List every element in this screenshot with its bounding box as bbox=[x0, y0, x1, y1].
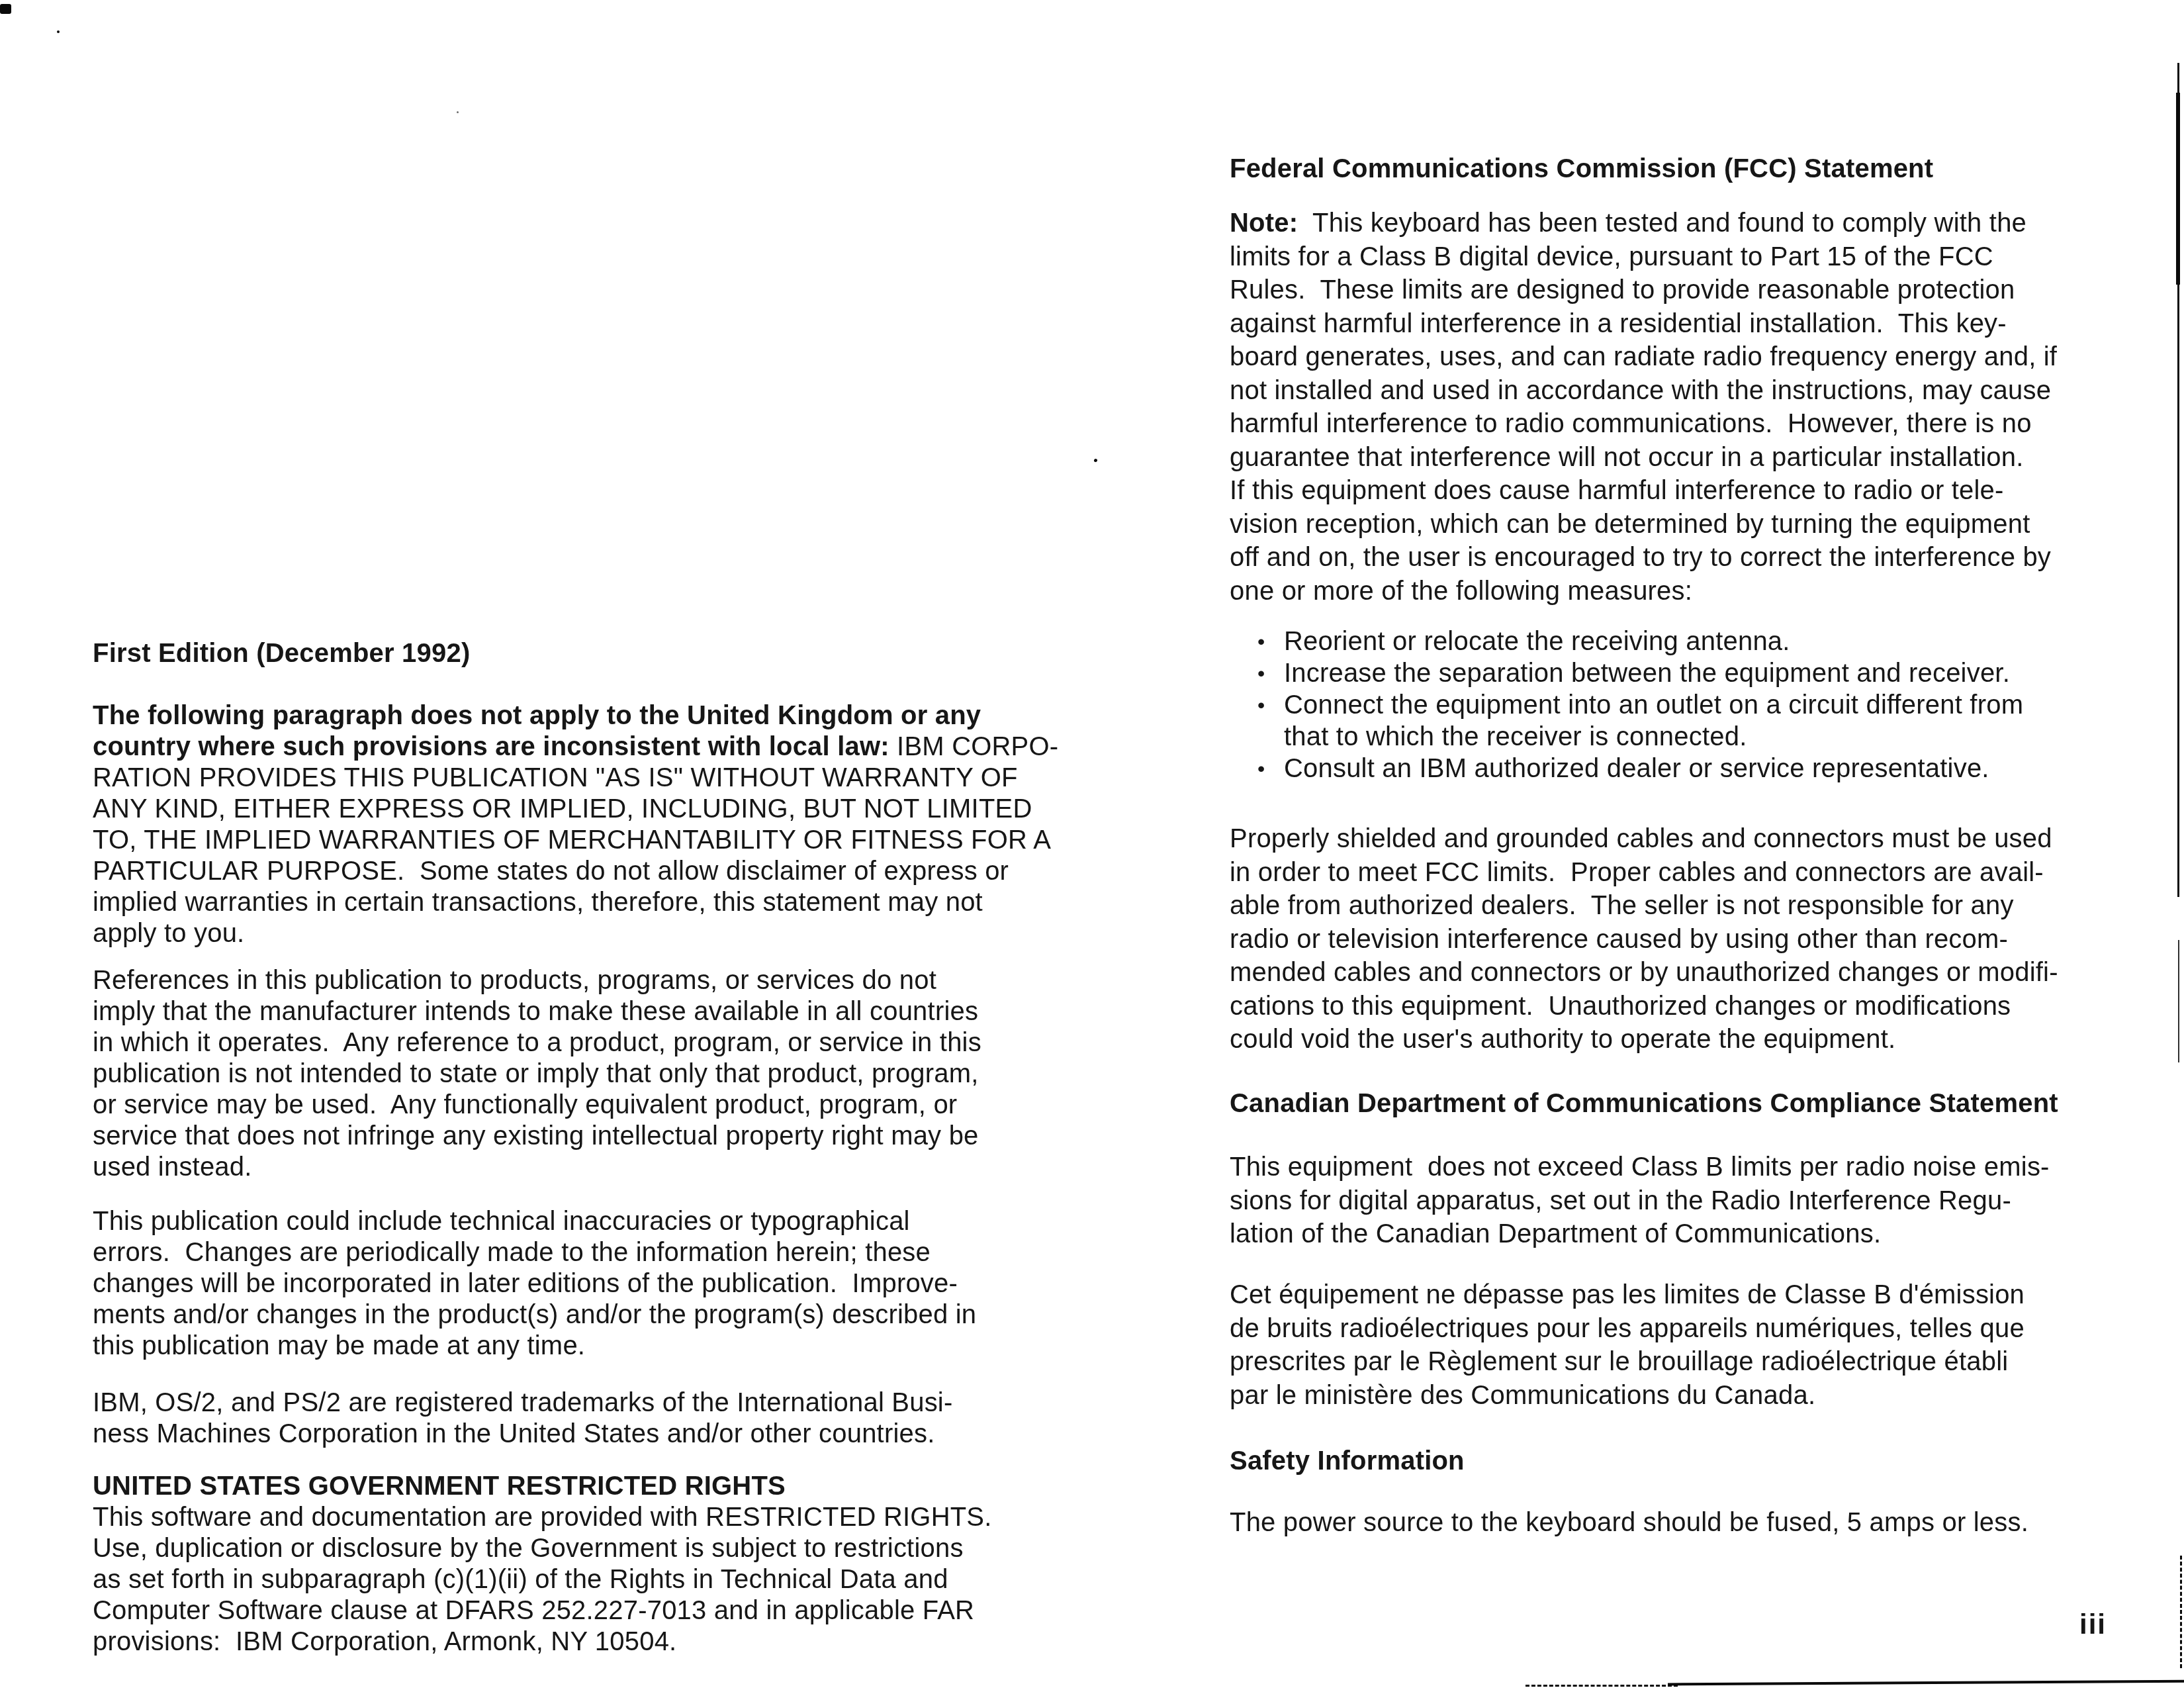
scan-artifact-speck bbox=[457, 111, 459, 113]
inaccuracies-paragraph: This publication could include technical… bbox=[93, 1206, 976, 1362]
canadian-compliance-paragraph: This equipment does not exceed Class B l… bbox=[1230, 1150, 2050, 1251]
bullet-icon: • bbox=[1257, 657, 1284, 689]
bullet-text: Connect the equipment into an outlet on … bbox=[1284, 689, 2023, 753]
fcc-note-paragraph: Note: This keyboard has been tested and … bbox=[1230, 207, 2057, 608]
bullet-text: Consult an IBM authorized dealer or serv… bbox=[1284, 753, 1989, 784]
canadian-compliance-paragraph-french: Cet équipement ne dépasse pas les limite… bbox=[1230, 1278, 2025, 1412]
scan-artifact-right-edge-dashes bbox=[2180, 1556, 2182, 1668]
scan-artifact-speck bbox=[1093, 458, 1097, 462]
fcc-statement-heading: Federal Communications Commission (FCC) … bbox=[1230, 153, 1933, 185]
bullet-item-consult-dealer: • Consult an IBM authorized dealer or se… bbox=[1230, 753, 2023, 784]
bullet-item-reorient-antenna: • Reorient or relocate the receiving ant… bbox=[1230, 626, 2023, 657]
bullet-icon: • bbox=[1257, 753, 1284, 784]
trademarks-paragraph: IBM, OS/2, and PS/2 are registered trade… bbox=[93, 1387, 952, 1450]
canadian-compliance-heading: Canadian Department of Communications Co… bbox=[1230, 1088, 2058, 1119]
us-restricted-rights-heading: UNITED STATES GOVERNMENT RESTRICTED RIGH… bbox=[93, 1470, 786, 1502]
bullet-item-increase-separation: • Increase the separation between the eq… bbox=[1230, 657, 2023, 689]
fcc-measures-bullet-list: • Reorient or relocate the receiving ant… bbox=[1230, 626, 2023, 784]
right-column: Federal Communications Commission (FCC) … bbox=[1230, 0, 2183, 1688]
scanned-manual-page: First Edition (December 1992) The follow… bbox=[0, 0, 2184, 1688]
legal-disclaimer-body: IBM CORPO- RATION PROVIDES THIS PUBLICAT… bbox=[93, 732, 1058, 948]
scan-artifact-corner-blob bbox=[0, 4, 11, 14]
bullet-icon: • bbox=[1257, 626, 1284, 657]
shielded-cables-paragraph: Properly shielded and grounded cables an… bbox=[1230, 822, 2058, 1056]
fcc-note-body: This keyboard has been tested and found … bbox=[1230, 209, 2057, 606]
bullet-item-connect-outlet: • Connect the equipment into an outlet o… bbox=[1230, 689, 2023, 753]
fcc-note-label: Note: bbox=[1230, 209, 1298, 238]
scan-artifact-bottom-line-dashed bbox=[1525, 1685, 1678, 1687]
scan-artifact-right-edge-line bbox=[2178, 940, 2179, 1062]
left-column: First Edition (December 1992) The follow… bbox=[93, 0, 1046, 1688]
bullet-text: Increase the separation between the equi… bbox=[1284, 657, 2010, 689]
scan-artifact-right-edge-line bbox=[2176, 93, 2180, 285]
safety-information-paragraph: The power source to the keyboard should … bbox=[1230, 1506, 2028, 1540]
bullet-text: Reorient or relocate the receiving anten… bbox=[1284, 626, 1790, 657]
page-number: iii bbox=[2079, 1609, 2107, 1640]
legal-disclaimer-paragraph: The following paragraph does not apply t… bbox=[93, 700, 1058, 949]
references-paragraph: References in this publication to produc… bbox=[93, 965, 981, 1183]
us-restricted-rights-paragraph: This software and documentation are prov… bbox=[93, 1502, 992, 1658]
bullet-icon: • bbox=[1257, 689, 1284, 721]
scan-artifact-speck bbox=[57, 30, 60, 33]
safety-information-heading: Safety Information bbox=[1230, 1445, 1465, 1477]
legal-disclaimer-bold-lead: The following paragraph does not apply t… bbox=[93, 701, 981, 761]
edition-heading: First Edition (December 1992) bbox=[93, 637, 470, 669]
